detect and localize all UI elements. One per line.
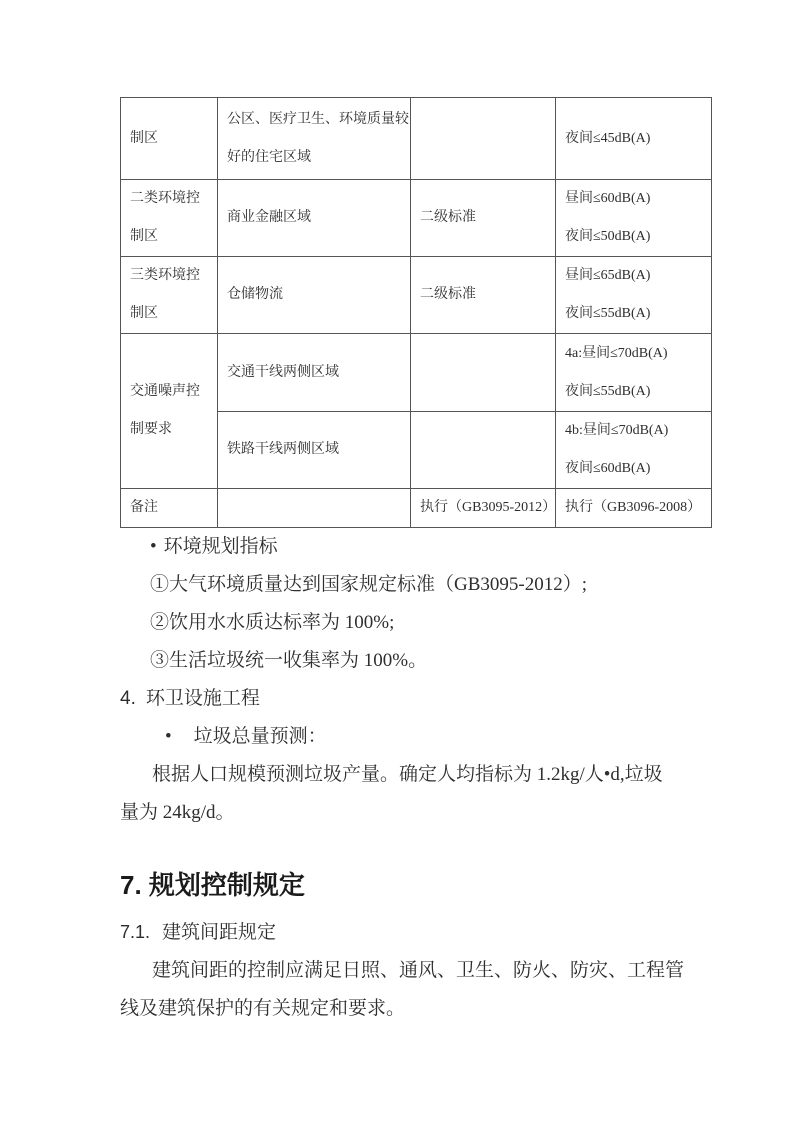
table-row: 备注 执行（GB3095-2012） 执行（GB3096-2008）	[121, 489, 712, 528]
table-cell: 昼间≤60dB(A) 夜间≤50dB(A)	[556, 180, 712, 257]
table-cell: 商业金融区域	[218, 180, 411, 257]
table-cell: 二级标准	[411, 180, 556, 257]
table-cell	[411, 98, 556, 180]
table-cell	[411, 412, 556, 489]
table-row: 交通噪声控 制要求 交通干线两侧区域 4a:昼间≤70dB(A) 夜间≤55dB…	[121, 334, 712, 412]
section-7-heading: 7. 规划控制规定	[120, 864, 780, 906]
table-cell: 公区、医疗卫生、环境质量较 好的住宅区域	[218, 98, 411, 180]
env-indicators-title-line: •环境规划指标	[120, 528, 780, 566]
table-cell: 交通干线两侧区域	[218, 334, 411, 412]
table-cell: 二类环境控 制区	[121, 180, 218, 257]
table-row: 制区 公区、医疗卫生、环境质量较 好的住宅区域 夜间≤45dB(A)	[121, 98, 712, 180]
table-cell	[218, 489, 411, 528]
table-cell: 二级标准	[411, 257, 556, 334]
env-indicator-item: ①大气环境质量达到国家规定标准（GB3095-2012）;	[120, 566, 780, 604]
section-7-1-subheading: 7.1.建筑间距规定	[120, 913, 780, 952]
table-cell: 执行（GB3096-2008）	[556, 489, 712, 528]
sanitation-heading: 环卫设施工程	[146, 688, 260, 709]
table-cell: 仓储物流	[218, 257, 411, 334]
table-row: 二类环境控 制区 商业金融区域 二级标准 昼间≤60dB(A) 夜间≤50dB(…	[121, 180, 712, 257]
env-indicators-title: 环境规划指标	[164, 536, 278, 557]
waste-forecast-title: 垃圾总量预测：	[194, 726, 327, 747]
section-7-1-number: 7.1.	[120, 922, 150, 942]
waste-forecast-title-line: •垃圾总量预测：	[120, 718, 780, 756]
table-cell	[411, 334, 556, 412]
waste-forecast-paragraph: 根据人口规模预测垃圾产量。确定人均指标为 1.2kg/人•d,垃圾 量为 24k…	[120, 756, 780, 832]
table-cell: 铁路干线两侧区域	[218, 412, 411, 489]
building-spacing-paragraph: 建筑间距的控制应满足日照、通风、卫生、防火、防灾、工程管 线及建筑保护的有关规定…	[120, 952, 780, 1028]
env-indicator-item: ③生活垃圾统一收集率为 100%。	[120, 642, 780, 680]
sanitation-heading-line: 4.环卫设施工程	[120, 680, 780, 718]
table-cell: 制区	[121, 98, 218, 180]
table-row: 三类环境控 制区 仓储物流 二级标准 昼间≤65dB(A) 夜间≤55dB(A)	[121, 257, 712, 334]
noise-control-standards-table: 制区 公区、医疗卫生、环境质量较 好的住宅区域 夜间≤45dB(A) 二类环境控…	[120, 97, 712, 528]
table-cell: 执行（GB3095-2012）	[411, 489, 556, 528]
table-cell: 昼间≤65dB(A) 夜间≤55dB(A)	[556, 257, 712, 334]
bullet-icon: •	[150, 536, 157, 557]
table-cell: 交通噪声控 制要求	[121, 334, 218, 489]
document-page: 制区 公区、医疗卫生、环境质量较 好的住宅区域 夜间≤45dB(A) 二类环境控…	[120, 97, 780, 1028]
table-cell: 4a:昼间≤70dB(A) 夜间≤55dB(A)	[556, 334, 712, 412]
env-indicator-item: ②饮用水水质达标率为 100%;	[120, 604, 780, 642]
table-cell: 三类环境控 制区	[121, 257, 218, 334]
table-cell: 夜间≤45dB(A)	[556, 98, 712, 180]
sanitation-heading-number: 4.	[120, 688, 136, 709]
table-cell: 备注	[121, 489, 218, 528]
bullet-icon: •	[165, 726, 172, 747]
section-7-1-title: 建筑间距规定	[162, 922, 276, 943]
table-cell: 4b:昼间≤70dB(A) 夜间≤60dB(A)	[556, 412, 712, 489]
